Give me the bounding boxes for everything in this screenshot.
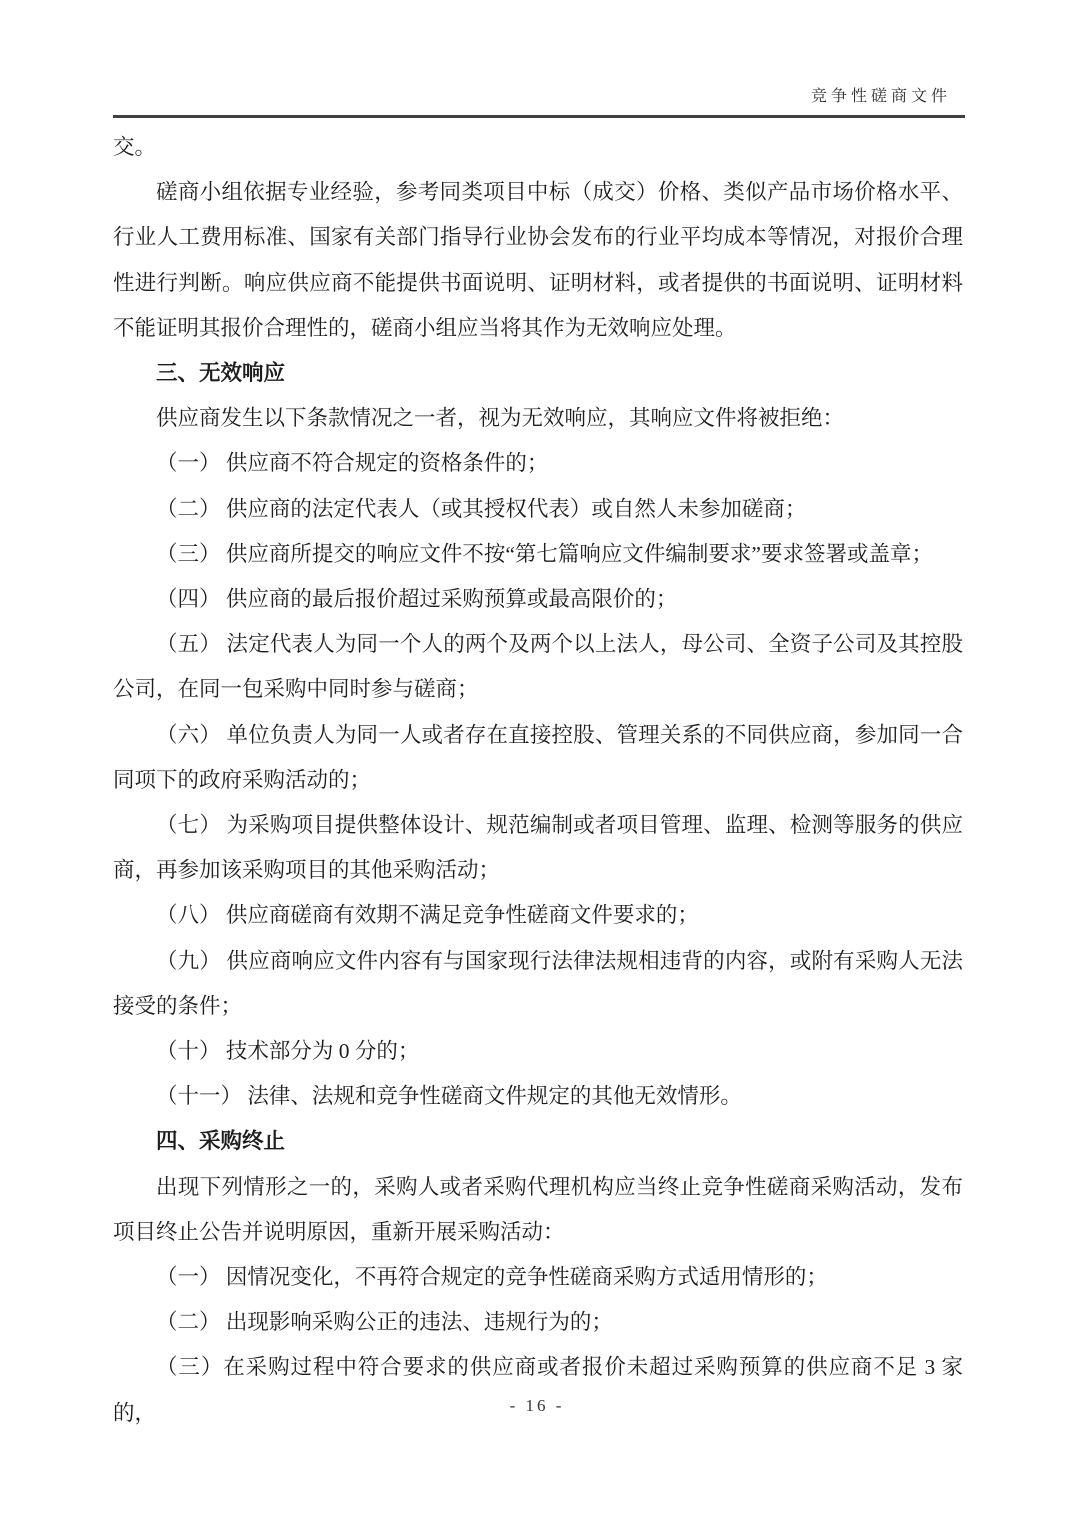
paragraph-price-review: 磋商小组依据专业经验，参考同类项目中标（成交）价格、类似产品市场价格水平、行业人… — [113, 170, 963, 351]
page-header: 竞争性磋商文件 — [113, 84, 965, 118]
list-item-9: （九） 供应商响应文件内容有与国家现行法律法规相违背的内容，或附有采购人无法接受… — [113, 939, 963, 1029]
list-item-8: （八） 供应商磋商有效期不满足竞争性磋商文件要求的； — [113, 893, 963, 938]
list-item-2: （二） 供应商的法定代表人（或其授权代表）或自然人未参加磋商； — [113, 487, 963, 532]
paragraph-termination-intro: 出现下列情形之一的，采购人或者采购代理机构应当终止竞争性磋商采购活动，发布项目终… — [113, 1165, 963, 1255]
document-page: 竞争性磋商文件 交。 磋商小组依据专业经验，参考同类项目中标（成交）价格、类似产… — [0, 0, 1074, 1520]
list-item-3: （三） 供应商所提交的响应文件不按“第七篇响应文件编制要求”要求签署或盖章； — [113, 532, 963, 577]
section-heading-procurement-termination: 四、采购终止 — [113, 1119, 963, 1164]
termination-item-3: （三）在采购过程中符合要求的供应商或者报价未超过采购预算的供应商不足 3 家的， — [113, 1345, 963, 1435]
header-title: 竞争性磋商文件 — [113, 84, 965, 110]
list-item-6: （六） 单位负责人为同一人或者存在直接控股、管理关系的不同供应商，参加同一合同项… — [113, 713, 963, 803]
termination-item-1: （一） 因情况变化，不再符合规定的竞争性磋商采购方式适用情形的； — [113, 1255, 963, 1300]
list-item-5: （五） 法定代表人为同一个人的两个及两个以上法人，母公司、全资子公司及其控股公司… — [113, 622, 963, 712]
document-body: 交。 磋商小组依据专业经验，参考同类项目中标（成交）价格、类似产品市场价格水平、… — [113, 125, 963, 1436]
termination-item-2: （二） 出现影响采购公正的违法、违规行为的； — [113, 1300, 963, 1345]
list-item-1: （一） 供应商不符合规定的资格条件的； — [113, 441, 963, 486]
paragraph-invalid-intro: 供应商发生以下条款情况之一者，视为无效响应，其响应文件将被拒绝： — [113, 396, 963, 441]
paragraph-continuation: 交。 — [113, 125, 963, 170]
header-rule — [113, 115, 965, 118]
list-item-10: （十） 技术部分为 0 分的； — [113, 1029, 963, 1074]
section-heading-invalid-response: 三、无效响应 — [113, 351, 963, 396]
list-item-7: （七） 为采购项目提供整体设计、规范编制或者项目管理、监理、检测等服务的供应商，… — [113, 803, 963, 893]
list-item-4: （四） 供应商的最后报价超过采购预算或最高限价的； — [113, 577, 963, 622]
page-number: - 16 - — [0, 1396, 1074, 1416]
list-item-11: （十一） 法律、法规和竞争性磋商文件规定的其他无效情形。 — [113, 1074, 963, 1119]
